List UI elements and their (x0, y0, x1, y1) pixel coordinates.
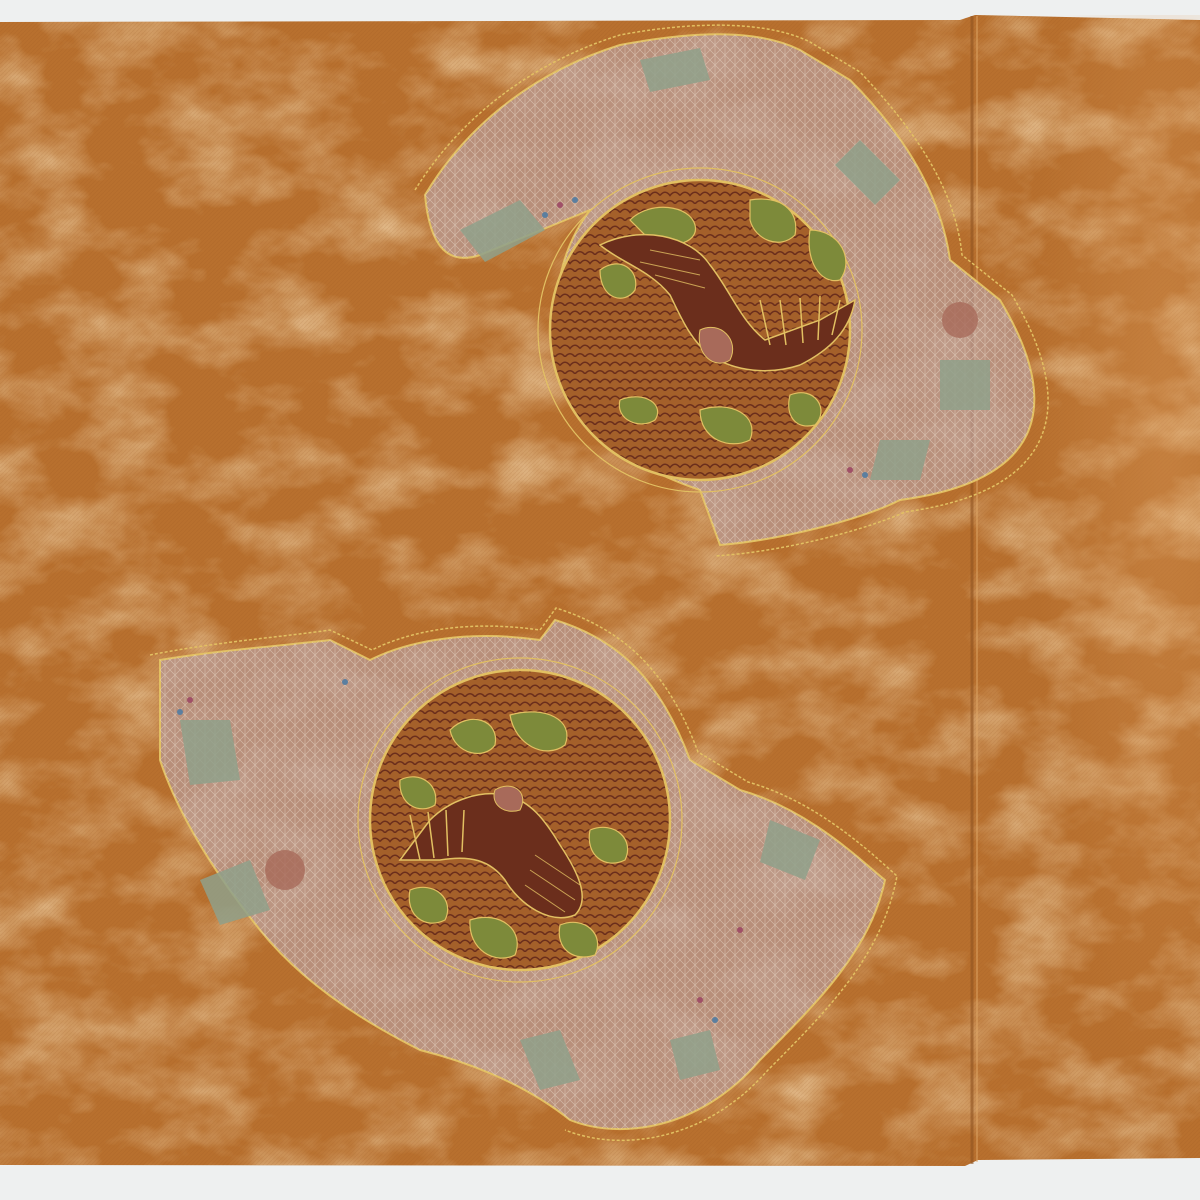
embroidered-fabric-photo (0, 0, 1200, 1200)
